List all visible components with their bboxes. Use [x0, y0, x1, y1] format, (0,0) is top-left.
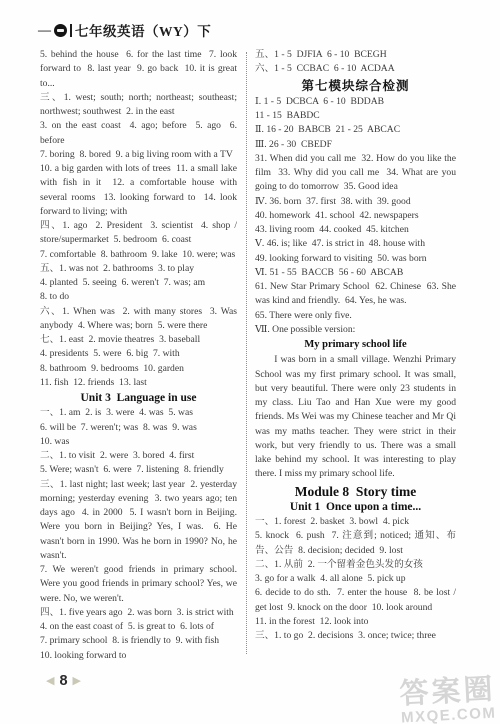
next-page-icon[interactable]: ▶	[73, 676, 81, 687]
answer-line: 3. go for a walk 4. all alone 5. pick up	[255, 572, 456, 586]
answer-line: I was born in a small village. Wenzhi Pr…	[255, 353, 456, 481]
answer-line: 六、1 - 5 CCBAC 6 - 10 ACDAA	[255, 62, 456, 76]
watermark: 答案圈 MXQE.COM	[399, 674, 497, 724]
answer-line: 11 - 15 BABDC	[255, 109, 456, 123]
section-heading: My primary school life	[255, 338, 456, 352]
answer-line: 4. planted 5. seeing 6. weren't 7. was; …	[40, 276, 237, 290]
answer-line: 31. When did you call me 32. How do you …	[255, 152, 456, 195]
answer-line: 11. fish 12. friends 13. last	[40, 376, 237, 390]
section-heading: 第七模块综合检测	[255, 79, 456, 93]
answer-line: 6. decide to do sth. 7. enter the house …	[255, 586, 456, 615]
page-title: 七年级英语（WY）下	[75, 20, 211, 40]
section-heading: Module 8 Story time	[255, 485, 456, 499]
answer-line: 7. comfortable 8. bathroom 9. lake 10. w…	[40, 248, 237, 262]
answer-line: Ⅴ. 46. is; like 47. is strict in 48. hou…	[255, 237, 456, 251]
answer-line: 二、1. 从前 2. 一个留着金色头发的女孩	[255, 558, 456, 572]
page-number: 8	[59, 673, 67, 689]
page-footer: ◀ 8 ▶	[46, 673, 81, 689]
header-divider-bar	[70, 24, 72, 37]
answer-line: 三、1. to go 2. decisions 3. once; twice; …	[255, 629, 456, 643]
column-left: 5. behind the house 6. for the last time…	[40, 48, 237, 663]
answer-line: 4. presidents 5. were 6. big 7. with	[40, 347, 237, 361]
answer-line: 三、1. west; south; north; northeast; sout…	[40, 91, 237, 120]
section-heading: Unit 1 Once upon a time...	[255, 500, 456, 514]
answer-line: Ⅲ. 26 - 30 CBEDF	[255, 138, 456, 152]
answer-line: 5. behind the house 6. for the last time…	[40, 48, 237, 91]
answer-line: 五、1. was not 2. bathrooms 3. to play	[40, 262, 237, 276]
answer-line: 11. in the forest 12. look into	[255, 615, 456, 629]
answer-line: 二、1. to visit 2. were 3. bored 4. first	[40, 449, 237, 463]
watermark-logo: 答案圈	[399, 674, 496, 709]
answer-line: 10. was	[40, 435, 237, 449]
answer-line: 43. living room 44. cooked 45. kitchen	[255, 223, 456, 237]
answer-line: Ⅵ. 51 - 55 BACCB 56 - 60 ABCAB	[255, 266, 456, 280]
answer-line: 5. knock 6. push 7. 注意到; noticed; 通知、布告、…	[255, 529, 456, 558]
answer-line: 一、1. am 2. is 3. were 4. was 5. was	[40, 406, 237, 420]
answer-line: 10. looking forward to	[40, 649, 237, 663]
answer-line: 7. boring 8. bored 9. a big living room …	[40, 148, 237, 162]
answer-line: 40. homework 41. school 42. newspapers	[255, 209, 456, 223]
answer-line: 61. New Star Primary School 62. Chinese …	[255, 280, 456, 309]
answer-line: 7. primary school 8. is friendly to 9. w…	[40, 634, 237, 648]
answer-line: 七、1. east 2. movie theatres 3. baseball	[40, 333, 237, 347]
answer-line: Ⅱ. 16 - 20 BABCB 21 - 25 ABCAC	[255, 123, 456, 137]
answer-line: 六、1. When was 2. with many stores 3. Was…	[40, 305, 237, 334]
answer-line: 3. on the east coast 4. ago; before 5. a…	[40, 119, 237, 148]
answer-line: 6. will be 7. weren't; was 8. was 9. was	[40, 421, 237, 435]
answer-line: 65. There were only five.	[255, 309, 456, 323]
answer-line: Ⅰ. 1 - 5 DCBCA 6 - 10 BDDAB	[255, 95, 456, 109]
answer-line: 7. We weren't good friends in primary sc…	[40, 563, 237, 606]
column-divider	[246, 52, 247, 654]
answer-line: 49. looking forward to visiting 50. was …	[255, 252, 456, 266]
answer-line: Ⅳ. 36. born 37. first 38. with 39. good	[255, 195, 456, 209]
answer-line: 5. Were; wasn't 6. were 7. listening 8. …	[40, 463, 237, 477]
answer-line: 五、1 - 5 DJFIA 6 - 10 BCEGH	[255, 48, 456, 62]
section-heading: Unit 3 Language in use	[40, 391, 237, 405]
header-dash: —	[38, 22, 51, 38]
prev-page-icon[interactable]: ◀	[46, 676, 54, 687]
answer-line: 三、1. last night; last week; last year 2.…	[40, 478, 237, 564]
answer-line: 4. on the east coast of 5. is great to 6…	[40, 620, 237, 634]
page-header: — 七年级英语（WY）下	[38, 22, 211, 38]
column-right: 五、1 - 5 DJFIA 6 - 10 BCEGH六、1 - 5 CCBAC …	[255, 48, 456, 643]
answer-book-page: — 七年级英语（WY）下 5. behind the house 6. for …	[0, 0, 500, 724]
answer-line: 10. a big garden with lots of trees 11. …	[40, 162, 237, 219]
brand-logo-icon	[54, 24, 67, 37]
answer-line: 8. to do	[40, 290, 237, 304]
answer-line: 8. bathroom 9. bedrooms 10. garden	[40, 362, 237, 376]
answer-line: 四、1. five years ago 2. was born 3. is st…	[40, 606, 237, 620]
answer-line: 一、1. forest 2. basket 3. bowl 4. pick	[255, 515, 456, 529]
answer-line: 四、1. ago 2. President 3. scientist 4. sh…	[40, 219, 237, 248]
answer-line: Ⅶ. One possible version:	[255, 323, 456, 337]
